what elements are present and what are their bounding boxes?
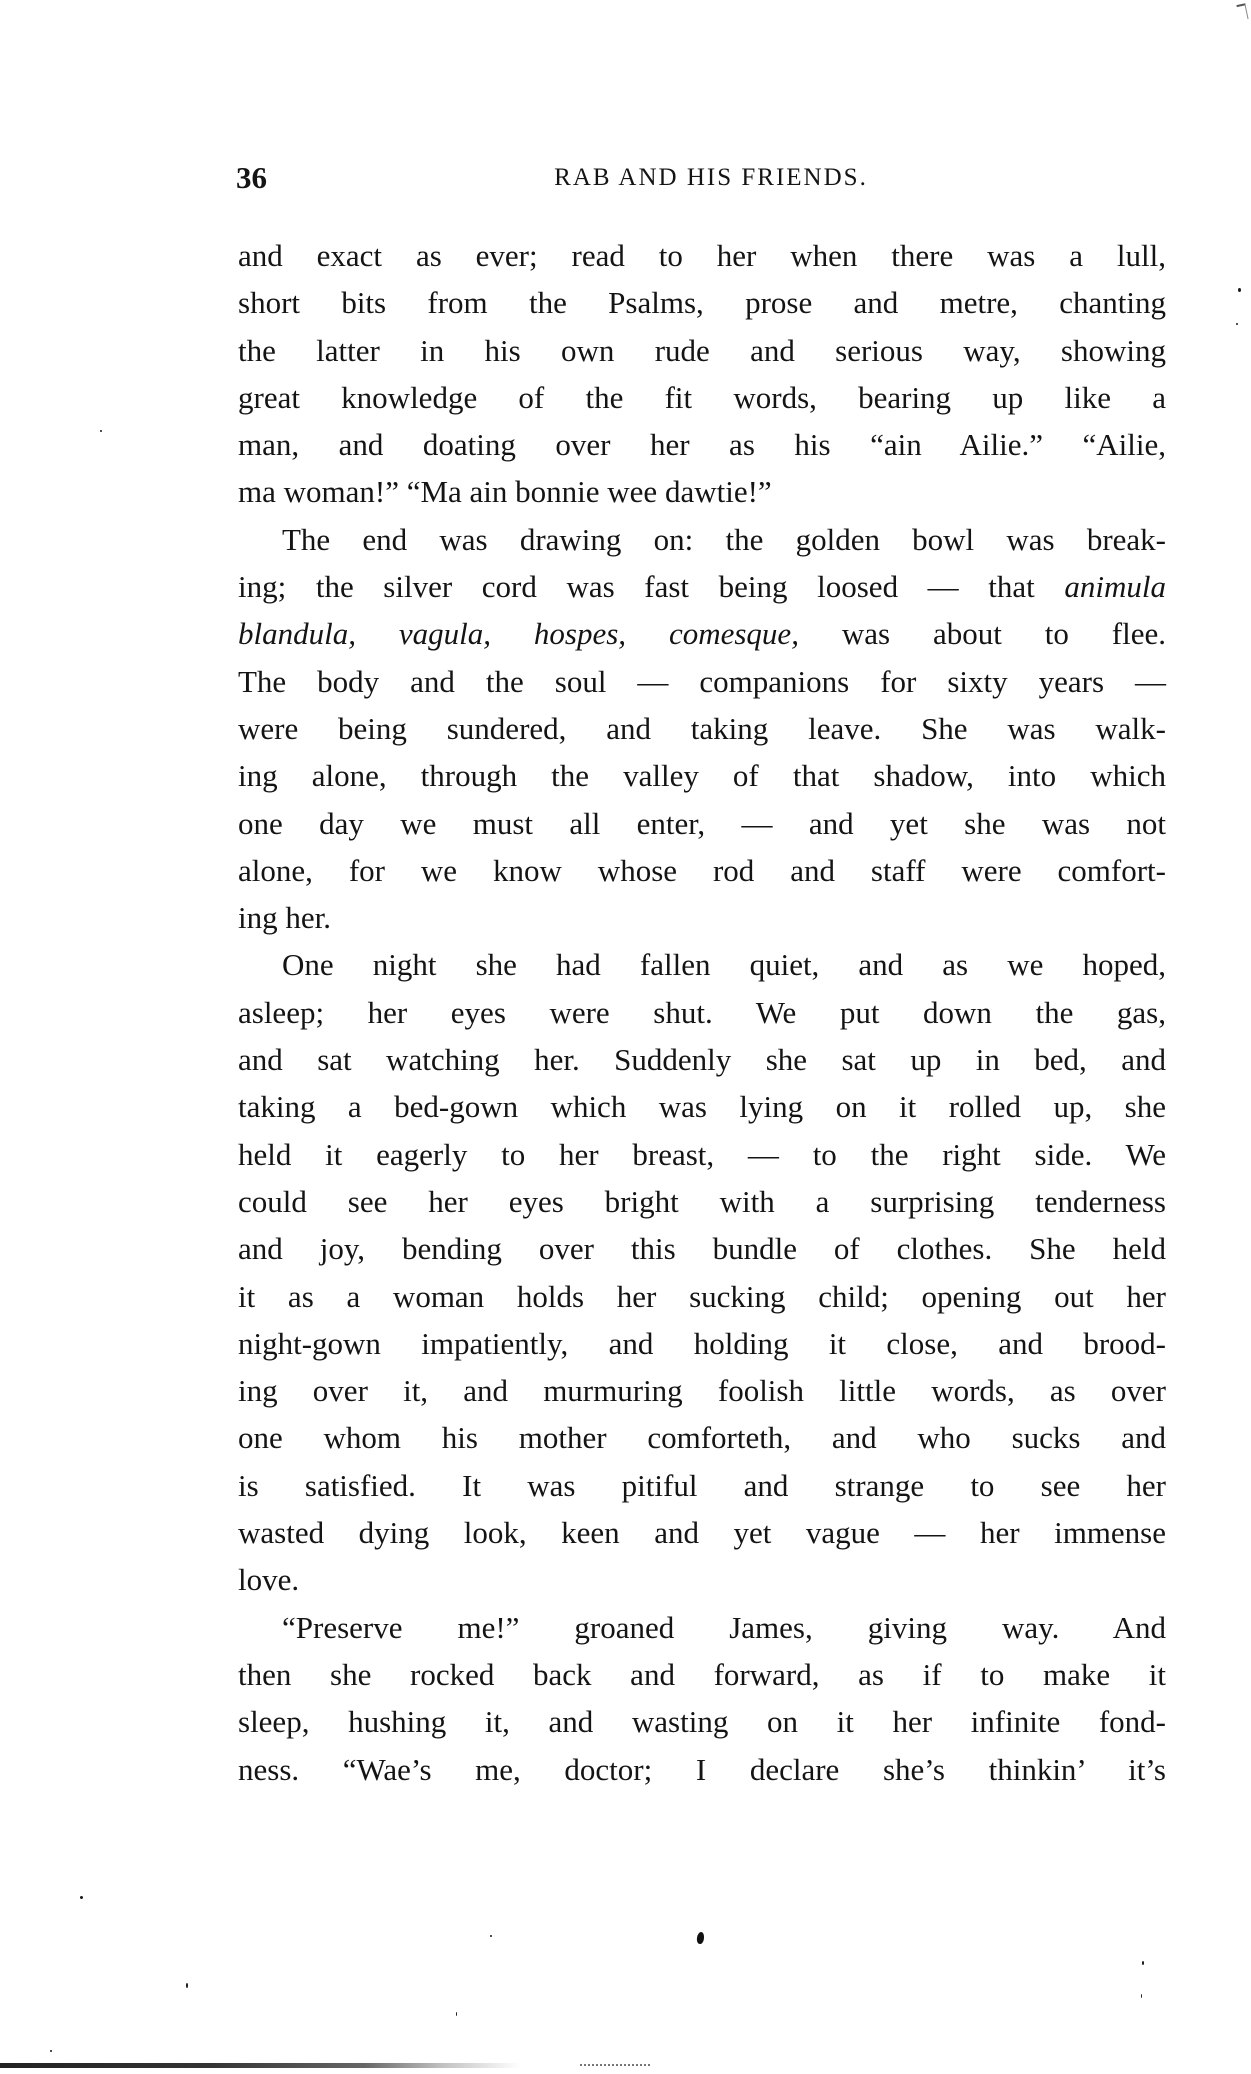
text-line: then she rocked back and forward, as if … — [238, 1651, 1166, 1698]
scan-speck — [1236, 323, 1238, 325]
text-run: ing; the silver cord was fast being loos… — [238, 569, 1064, 604]
body-text: and exact as ever; read to her when ther… — [238, 232, 1166, 1793]
text-line: held it eagerly to her breast, — to the … — [238, 1131, 1166, 1178]
text-line: blandula, vagula, hospes, comesque, was … — [238, 610, 1166, 657]
paragraph-start-line: The end was drawing on: the golden bowl … — [238, 516, 1166, 563]
text-line: wasted dying look, keen and yet vague — … — [238, 1509, 1166, 1556]
scan-speck — [186, 1983, 188, 1988]
running-title: RAB AND HIS FRIENDS. — [236, 164, 1166, 192]
ink-blot — [696, 1932, 705, 1945]
scan-speck — [80, 1896, 83, 1899]
text-line: could see her eyes bright with a surpris… — [238, 1178, 1166, 1225]
text-line: alone, for we know whose rod and staff w… — [238, 847, 1166, 894]
text-line: ma woman!” “Ma ain bonnie wee dawtie!” — [238, 468, 1166, 515]
text-line: is satisfied. It was pitiful and strange… — [238, 1462, 1166, 1509]
scan-speck — [490, 1935, 492, 1937]
text-line: love. — [238, 1556, 1166, 1603]
text-line: and sat watching her. Suddenly she sat u… — [238, 1036, 1166, 1083]
page-bottom-edge-dots — [580, 2064, 650, 2068]
text-line: ing her. — [238, 894, 1166, 941]
text-line: sleep, hushing it, and wasting on it her… — [238, 1698, 1166, 1745]
text-line: short bits from the Psalms, prose and me… — [238, 279, 1166, 326]
text-line: one whom his mother comforteth, and who … — [238, 1414, 1166, 1461]
text-line: were being sundered, and taking leave. S… — [238, 705, 1166, 752]
text-line: and joy, bending over this bundle of clo… — [238, 1225, 1166, 1272]
text-line: ing; the silver cord was fast being loos… — [238, 563, 1166, 610]
text-line: great knowledge of the fit words, bearin… — [238, 374, 1166, 421]
text-line: ing over it, and murmuring foolish littl… — [238, 1367, 1166, 1414]
text-line: and exact as ever; read to her when ther… — [238, 232, 1166, 279]
scan-speck — [1238, 288, 1241, 292]
scan-speck — [456, 2012, 457, 2016]
scan-speck — [100, 430, 102, 432]
book-page: 36 RAB AND HIS FRIENDS. and exact as eve… — [0, 0, 1251, 2074]
text-line: it as a woman holds her sucking child; o… — [238, 1273, 1166, 1320]
text-line: the latter in his own rude and serious w… — [238, 327, 1166, 374]
text-line: taking a bed-gown which was lying on it … — [238, 1083, 1166, 1130]
scan-speck — [1141, 1994, 1142, 1998]
text-line: ness. “Wae’s me, doctor; I declare she’s… — [238, 1746, 1166, 1793]
running-head: 36 RAB AND HIS FRIENDS. — [236, 160, 1166, 200]
text-line: night-gown impatiently, and holding it c… — [238, 1320, 1166, 1367]
paragraph-start-line: One night she had fallen quiet, and as w… — [238, 941, 1166, 988]
text-line: asleep; her eyes were shut. We put down … — [238, 989, 1166, 1036]
page-bottom-edge — [0, 2063, 520, 2068]
text-run: was about to flee. — [799, 616, 1166, 651]
paragraph-start-line: “Preserve me!” groaned James, giving way… — [238, 1604, 1166, 1651]
latin-phrase: animula — [1064, 569, 1166, 604]
page-corner-mark — [1236, 3, 1248, 21]
scan-speck — [50, 2050, 52, 2052]
scan-speck — [1142, 1961, 1144, 1965]
text-line: ing alone, through the valley of that sh… — [238, 752, 1166, 799]
text-line: man, and doating over her as his “ain Ai… — [238, 421, 1166, 468]
latin-phrase: blandula, vagula, hospes, comesque, — [238, 616, 799, 651]
text-line: The body and the soul — companions for s… — [238, 658, 1166, 705]
text-line: one day we must all enter, — and yet she… — [238, 800, 1166, 847]
